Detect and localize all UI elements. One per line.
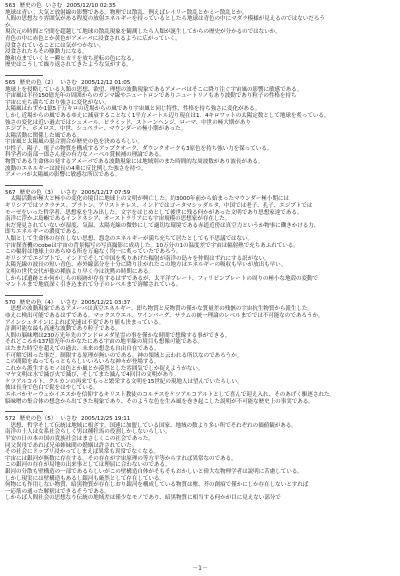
post-line: 太陽光線の波長の短い青色、赤外線部分を十分に降り注がれたこの地方はエネルギーの吸… [5, 262, 397, 269]
post-line: 青色の中に赤色とか黄色がアメーバに浸食されるように広がっていく。 [5, 36, 397, 43]
post-line: アメーバが太陽風の影響に敏感な所以である。 [5, 172, 397, 179]
post-line: この間隙をぬってもっともらしいいろいろな神々が登場する。 [5, 359, 397, 366]
post-datetime: 2005/12/17 07:59 [81, 190, 130, 196]
post-line: 宇宙風は半径150億光年の周囲からのガンマ線やニュートロンでありニュートリノもあ… [5, 93, 397, 100]
post-author: いさむ [60, 80, 77, 86]
post-line: 平安の日の本の国の貴族社会はまさしくこの社会であった。 [5, 436, 397, 443]
post-line: しかし近場からの風であるゆえに減衰することなく1平方メートル辺り現在は1．4キロ… [5, 113, 397, 120]
post-title: 歴史の色（5） [20, 416, 57, 422]
post-header: 565歴史の色（2）いさむ2005/12/12 01:05 [5, 80, 397, 87]
post-line: 物質である生命体の発するアメーバである波動現象には地域別のまた時間的な周波数があ… [5, 159, 397, 166]
post-line: エホバかヤーウェかイエスかを信仰するキリスト教徒のコルテスをケツアルコアルトとし… [5, 392, 397, 399]
post-line: 何物にも作用しない物質、暗黒物質が存在しおり銀河を構成している物質は塵、芥の創痕… [5, 482, 397, 489]
post-line: エジプト、ホメロス、中世、シュペラー、マウンダーの極小期があった。 [5, 126, 397, 133]
post-line: それどころか137億光年のかなたにある宇宙の地平線の境目も想像可能である。 [5, 339, 397, 346]
post-line: 脳味噌の集合体の想念から出てきた現象であり、そのような色を生み風を巻き起こした説… [5, 399, 397, 406]
post-570: 570歴史の色（4）いさむ2005/12/21 03:37 思想の波動現象である… [5, 300, 397, 406]
post-565: 565歴史の色（2）いさむ2005/12/12 01:05 地球上を侵略している… [5, 80, 397, 179]
post-author: いさむ [60, 190, 77, 196]
post-number: 563 [5, 3, 16, 9]
post-line: この輻射は地球上のあらゆる所を万遍なく均一に炙っていたであろう。 [5, 249, 397, 256]
post-separator [5, 185, 43, 186]
post-header: 563歴史の色いさむ2005/12/10 02:35 [5, 3, 397, 10]
post-line: 文明の世代交代が他の種族より早く今は沈黙の時期にある。 [5, 269, 397, 276]
post-line: この銀河の存在が局地の出来事としては理屈に合わないのである。 [5, 462, 397, 469]
post-567: 567歴史の色（3）いさむ2005/12/17 07:59 太陽活動が極大と極小… [5, 190, 397, 289]
post-line: ゆえに検出可能であるはずである。マックスウエル、ワインバーグ、サラムの統一理論の… [5, 313, 397, 320]
post-572: 572歴史の色（5）いさむ2005/12/25 19:11 思想、哲学そして伝統… [5, 416, 397, 502]
post-title: 歴史の色（3） [20, 190, 57, 196]
post-line: 太陽風はわずか1億5千万キロの近場からの風であり宇宙風と同じ特性、性格を持ち強さ… [5, 106, 397, 113]
post-line: その社会にドップリ浸かってしまえば異常も異常でなくなる。 [5, 449, 397, 456]
post-datetime: 2005/12/10 02:35 [66, 3, 115, 9]
post-line: 銀河の分散も壁構造の一部であるらしいがこの壁構造自体がそもそもおかしいと偉大な物… [5, 469, 397, 476]
post-line: 浸食されたらその駆動力になる。 [5, 49, 397, 56]
post-title: 歴史の色（2） [20, 80, 57, 86]
post-line: 計測可能な最も高速な波動であり粒子である。 [5, 326, 397, 333]
post-line: ギリシアではソクラテス、プラトン、アリストテレス、インドではゴータマシッダルタ、… [5, 203, 397, 210]
document-page: 563歴史の色いさむ2005/12/10 02:35 地球は青い。大気と放射線の… [5, 3, 397, 502]
post-separator [5, 75, 43, 76]
post-line: 宇宙風と太陽風の混合割合が歴史の色を決めるらしい。 [5, 139, 397, 146]
post-line: 人類として生命体の存在しない思想、怨念のエネルギーが満ち充ちて居たとしても不思議… [5, 236, 397, 243]
post-separator [5, 295, 43, 296]
post-title: 歴史の色（4） [20, 300, 57, 306]
post-author: いさむ [60, 416, 77, 422]
post-datetime: 2005/12/12 01:05 [81, 80, 130, 86]
post-563: 563歴史の色いさむ2005/12/10 02:35 地球は青い。大気と放射線の… [5, 3, 397, 69]
post-line: 現次元の時間と空間を超越して地球の散乱現象を観測したら人類が誕生してからの歴史が… [5, 29, 397, 36]
post-line: はたまた時空を超えての過去、未来の想念も自由自在である。 [5, 346, 397, 353]
post-datetime: 2005/12/21 03:37 [81, 300, 130, 306]
post-line: 思想の波動現象であるアメーバは真空エネルギー、即ち物質と反物質の僅かな質量差の残… [5, 306, 397, 313]
post-author: いさむ [60, 300, 77, 306]
post-number: 572 [5, 416, 16, 422]
post-author: いさむ [46, 3, 63, 9]
post-line: 南洋に浮かぶ島嶼であるインドネシア、オーストラリアにも宇宙規模の思想家が存在した… [5, 216, 397, 223]
post-header: 572歴史の色（5）いさむ2005/12/25 19:11 [5, 416, 397, 423]
post-line: しからば人間社会の思想なり伝統の地域差は僅少なモノであり、暗黒物質に相当する何か… [5, 495, 397, 502]
page-number: －1－ [0, 563, 400, 572]
post-number: 570 [5, 300, 16, 306]
post-line: マヤ文明は水で滅び火で滅び、そしてまた滅んで4回目の文明があり。 [5, 372, 397, 379]
post-line: マントルまで地底深く引き込まれて分子のレベルまで溶解されている。 [5, 282, 397, 289]
post-line: 人間の思想なり雰囲気がある程度の放射エネルギーを持っているとしたら地球は青色の中… [5, 16, 397, 23]
post-number: 567 [5, 190, 16, 196]
post-datetime: 2005/12/25 19:11 [81, 416, 130, 422]
post-separator [5, 411, 43, 412]
post-line: 歴史はこうして繰り返されてきたような気がする。 [5, 62, 397, 69]
post-line: 即ちエネルギーの濃度である。 [5, 229, 397, 236]
post-number: 565 [5, 80, 16, 86]
post-title: 歴史の色 [20, 3, 42, 9]
